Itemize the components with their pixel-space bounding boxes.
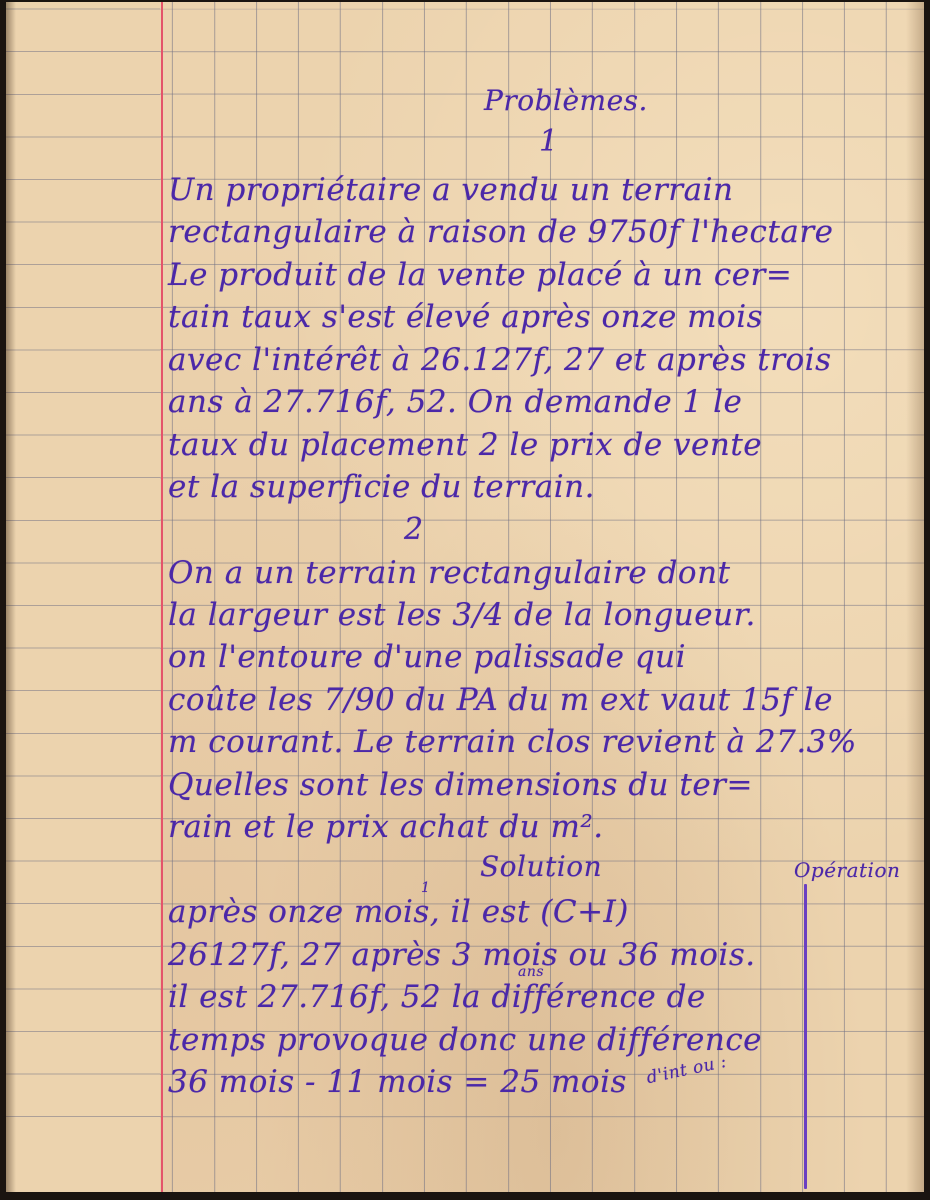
operation-column-divider — [804, 884, 807, 1189]
problem-number-2: 2 — [404, 512, 424, 547]
problem-2-line-4: coûte les 7/90 du PA du m ext vaut 15f l… — [168, 682, 833, 718]
problem-1-line-8: et la superficie du terrain. — [168, 469, 595, 505]
solution-line-5: 36 mois - 11 mois = 25 mois — [168, 1064, 627, 1100]
solution-line-1: après onze mois, il est (C+I) — [168, 894, 629, 930]
solution-line-3: il est 27.716f, 52 la différence de — [168, 979, 706, 1015]
problem-1-line-4: tain taux s'est élevé après onze mois — [168, 299, 763, 335]
page-heading: Problèmes. — [484, 84, 648, 117]
problem-2-line-5: m courant. Le terrain clos revient à 27.… — [168, 724, 857, 760]
problem-1-line-2: rectangulaire à raison de 9750f l'hectar… — [168, 214, 834, 250]
problem-number-1: 1 — [539, 124, 559, 159]
notebook-page: Problèmes. 1 Un propriétaire a vendu un … — [6, 2, 924, 1192]
annotation-superscript-ans: ans — [518, 964, 544, 980]
problem-2-line-3: on l'entoure d'une palissade qui — [168, 639, 686, 675]
operation-heading: Opération — [794, 858, 900, 882]
solution-line-4: temps provoque donc une différence — [168, 1022, 762, 1058]
solution-heading: Solution — [480, 850, 602, 883]
solution-line-2: 26127f, 27 après 3 mois ou 36 mois. — [168, 937, 756, 973]
left-margin-area — [6, 2, 160, 1192]
problem-2-line-2: la largeur est les 3/4 de la longueur. — [168, 597, 756, 633]
spine-shadow — [6, 2, 16, 1192]
problem-2-line-1: On a un terrain rectangulaire dont — [168, 555, 731, 591]
problem-1-line-5: avec l'intérêt à 26.127f, 27 et après tr… — [168, 342, 832, 378]
problem-1-line-1: Un propriétaire a vendu un terrain — [168, 172, 733, 208]
problem-2-line-7: rain et le prix achat du m². — [168, 809, 604, 845]
problem-2-line-6: Quelles sont les dimensions du ter= — [168, 767, 753, 803]
problem-1-line-3: Le produit de la vente placé à un cer= — [168, 257, 792, 293]
page-edge-shadow — [906, 2, 924, 1192]
problem-1-line-6: ans à 27.716f, 52. On demande 1 le — [168, 384, 742, 420]
red-margin-line — [161, 2, 163, 1192]
problem-1-line-7: taux du placement 2 le prix de vente — [168, 427, 762, 463]
